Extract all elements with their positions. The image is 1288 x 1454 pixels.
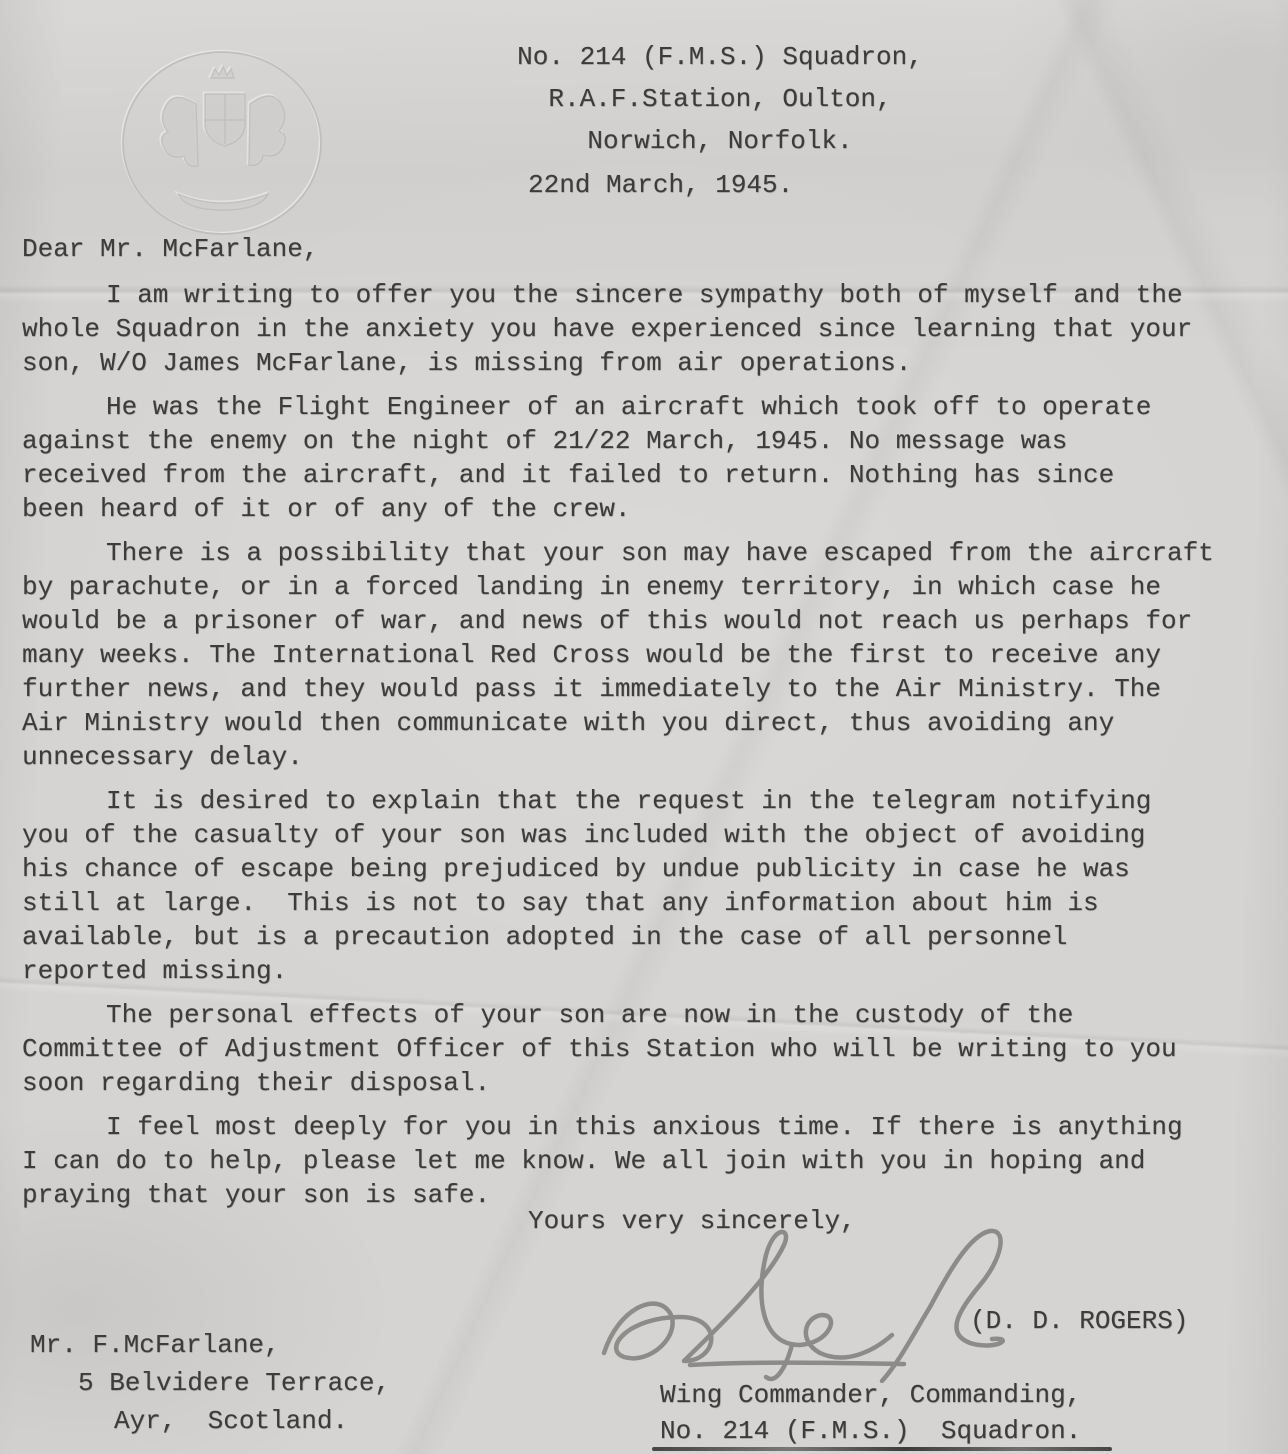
letter-line: against the enemy on the night of 21/22 … <box>22 424 1270 458</box>
letter-line: many weeks. The International Red Cross … <box>22 638 1270 672</box>
letter-line: further news, and they would pass it imm… <box>22 672 1270 706</box>
letter-line: whole Squadron in the anxiety you have e… <box>22 312 1270 346</box>
paragraph-1: I am writing to offer you the sincere sy… <box>22 278 1270 380</box>
letter-line: still at large. This is not to say that … <box>22 886 1270 920</box>
date-line: 22nd March, 1945. <box>528 170 793 200</box>
letter-line: I can do to help, please let me know. We… <box>22 1144 1270 1178</box>
address-line: 5 Belvidere Terrace, <box>30 1364 390 1402</box>
paragraph-5: The personal effects of your son are now… <box>22 998 1270 1100</box>
letter-body: Dear Mr. McFarlane, I am writing to offe… <box>22 232 1270 1222</box>
paragraph-2: He was the Flight Engineer of an aircraf… <box>22 390 1270 526</box>
signature-handwritten <box>552 1213 1032 1383</box>
letterhead-line: No. 214 (F.M.S.) Squadron, <box>430 36 1010 78</box>
letter-line: soon regarding their disposal. <box>22 1066 1270 1100</box>
letter-line: you of the casualty of your son was incl… <box>22 818 1270 852</box>
signer-title-line: No. 214 (F.M.S.) Squadron. <box>660 1416 1081 1446</box>
letter-line: son, W/O James McFarlane, is missing fro… <box>22 346 1270 380</box>
signature-typed-name: (D. D. ROGERS) <box>970 1306 1188 1336</box>
letterhead: No. 214 (F.M.S.) Squadron, R.A.F.Station… <box>430 36 1010 162</box>
paragraph-4: It is desired to explain that the reques… <box>22 784 1270 988</box>
letter-line: Committee of Adjustment Officer of this … <box>22 1032 1270 1066</box>
letter-line: his chance of escape being prejudiced by… <box>22 852 1270 886</box>
recipient-address: Mr. F.McFarlane, 5 Belvidere Terrace, Ay… <box>30 1326 390 1440</box>
paragraph-6: I feel most deeply for you in this anxio… <box>22 1110 1270 1212</box>
address-line: Mr. F.McFarlane, <box>30 1326 390 1364</box>
letter-line: There is a possibility that your son may… <box>22 536 1270 570</box>
letterhead-line: R.A.F.Station, Oulton, <box>430 78 1010 120</box>
signer-title-line: Wing Commander, Commanding, <box>660 1380 1081 1410</box>
scanned-letter-page: No. 214 (F.M.S.) Squadron, R.A.F.Station… <box>0 0 1288 1454</box>
salutation: Dear Mr. McFarlane, <box>22 232 1270 266</box>
letter-line: available, but is a precaution adopted i… <box>22 920 1270 954</box>
letter-line: would be a prisoner of war, and news of … <box>22 604 1270 638</box>
letter-line: It is desired to explain that the reques… <box>22 784 1270 818</box>
royal-coat-of-arms-emboss-icon <box>108 42 336 244</box>
letter-line: I am writing to offer you the sincere sy… <box>22 278 1270 312</box>
letter-line: reported missing. <box>22 954 1270 988</box>
typed-underline <box>652 1447 1112 1451</box>
letter-line: He was the Flight Engineer of an aircraf… <box>22 390 1270 424</box>
letter-line: unnecessary delay. <box>22 740 1270 774</box>
paragraph-3: There is a possibility that your son may… <box>22 536 1270 774</box>
letter-line: I feel most deeply for you in this anxio… <box>22 1110 1270 1144</box>
address-line: Ayr, Scotland. <box>30 1402 390 1440</box>
letter-line: by parachute, or in a forced landing in … <box>22 570 1270 604</box>
letter-line: Air Ministry would then communicate with… <box>22 706 1270 740</box>
letter-line: been heard of it or of any of the crew. <box>22 492 1270 526</box>
letterhead-line: Norwich, Norfolk. <box>430 120 1010 162</box>
letter-line: The personal effects of your son are now… <box>22 998 1270 1032</box>
letter-line: received from the aircraft, and it faile… <box>22 458 1270 492</box>
